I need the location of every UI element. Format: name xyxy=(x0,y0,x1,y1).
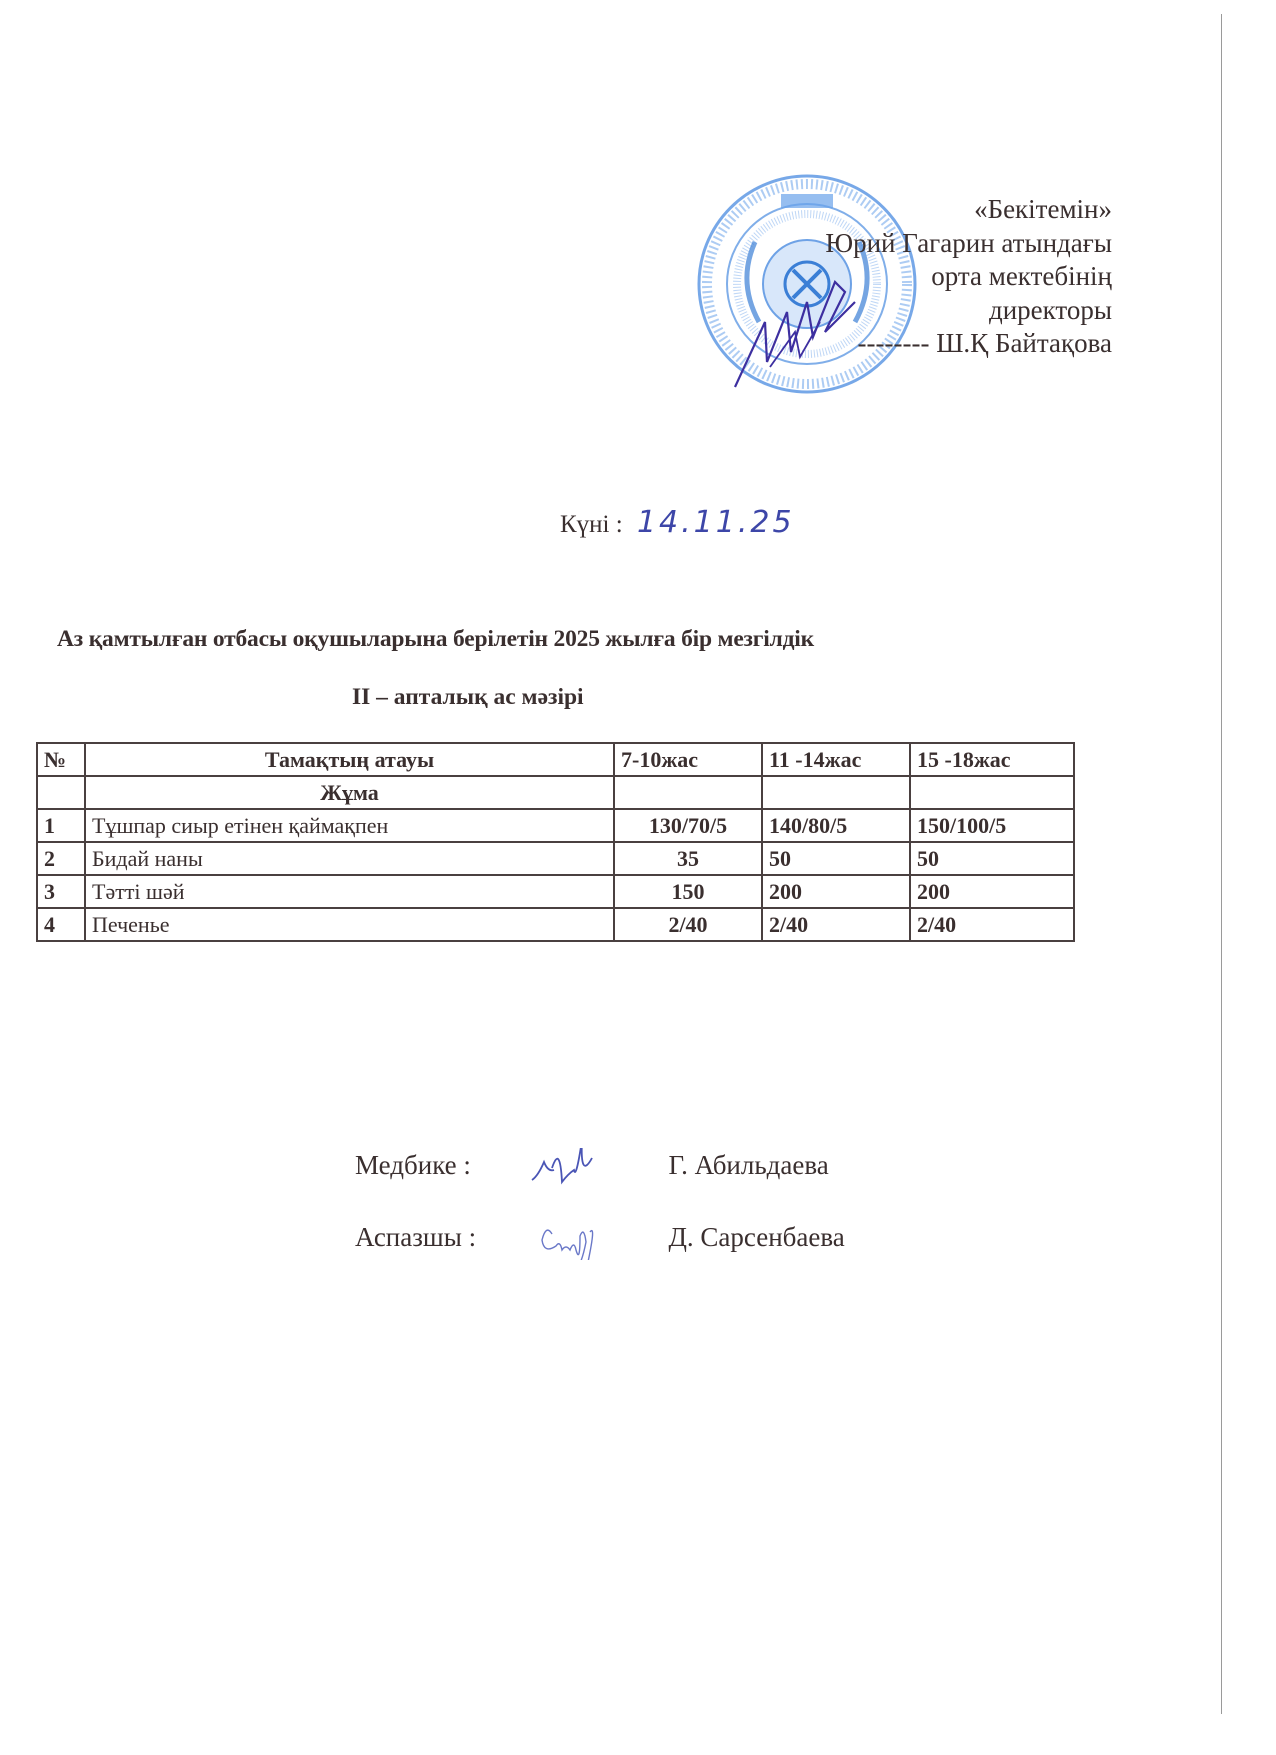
header-age-11-14: 11 -14жас xyxy=(762,743,910,776)
date-value: 14.11.25 xyxy=(637,505,795,540)
approval-block: «Бекітемін» Юрий Гагарин атындағы орта м… xyxy=(825,193,1112,361)
date-label: Күні : xyxy=(560,511,623,538)
signature-row-cook: Аспазшы : Д. Сарсенбаева xyxy=(355,1220,845,1260)
approval-school-type: орта мектебінің xyxy=(825,260,1112,294)
document-title: Аз қамтылған отбасы оқушыларына берілеті… xyxy=(57,626,814,653)
document-subtitle: II – апталық ас мәзірі xyxy=(352,684,584,711)
header-age-7-10: 7-10жас xyxy=(614,743,762,776)
header-dish-name: Тамақтың атауы xyxy=(85,743,614,776)
dish-name: Печенье xyxy=(85,908,614,941)
menu-table: № Тамақтың атауы 7-10жас 11 -14жас 15 -1… xyxy=(36,742,1075,942)
signature-role: Медбике : xyxy=(355,1150,505,1181)
approval-title: «Бекітемін» xyxy=(825,193,1112,227)
table-row: 3 Тәтті шәй 150 200 200 xyxy=(37,875,1074,908)
handwritten-signature-icon xyxy=(512,1220,662,1260)
signature-row-nurse: Медбике : Г. Абильдаева xyxy=(355,1148,829,1188)
approval-position: директоры xyxy=(825,294,1112,328)
table-row: 4 Печенье 2/40 2/40 2/40 xyxy=(37,908,1074,941)
dish-name: Тұшпар сиыр етінен қаймақпен xyxy=(85,809,614,842)
approval-school-name: Юрий Гагарин атындағы xyxy=(825,227,1112,261)
table-row: 1 Тұшпар сиыр етінен қаймақпен 130/70/5 … xyxy=(37,809,1074,842)
table-header-row: № Тамақтың атауы 7-10жас 11 -14жас 15 -1… xyxy=(37,743,1074,776)
signature-role: Аспазшы : xyxy=(355,1222,505,1253)
dish-name: Тәтті шәй xyxy=(85,875,614,908)
table-row: 2 Бидай наны 35 50 50 xyxy=(37,842,1074,875)
dish-name: Бидай наны xyxy=(85,842,614,875)
header-age-15-18: 15 -18жас xyxy=(910,743,1074,776)
header-number: № xyxy=(37,743,85,776)
date-row: Күні : 14.11.25 xyxy=(560,505,795,540)
page-edge-line xyxy=(1221,14,1222,1714)
day-name: Жұма xyxy=(85,776,614,809)
handwritten-signature-icon xyxy=(512,1148,662,1188)
table-day-row: Жұма xyxy=(37,776,1074,809)
signature-name: Д. Сарсенбаева xyxy=(669,1222,845,1253)
signature-name: Г. Абильдаева xyxy=(669,1150,829,1181)
approval-director-name: -------- Ш.Қ Байтақова xyxy=(825,327,1112,361)
